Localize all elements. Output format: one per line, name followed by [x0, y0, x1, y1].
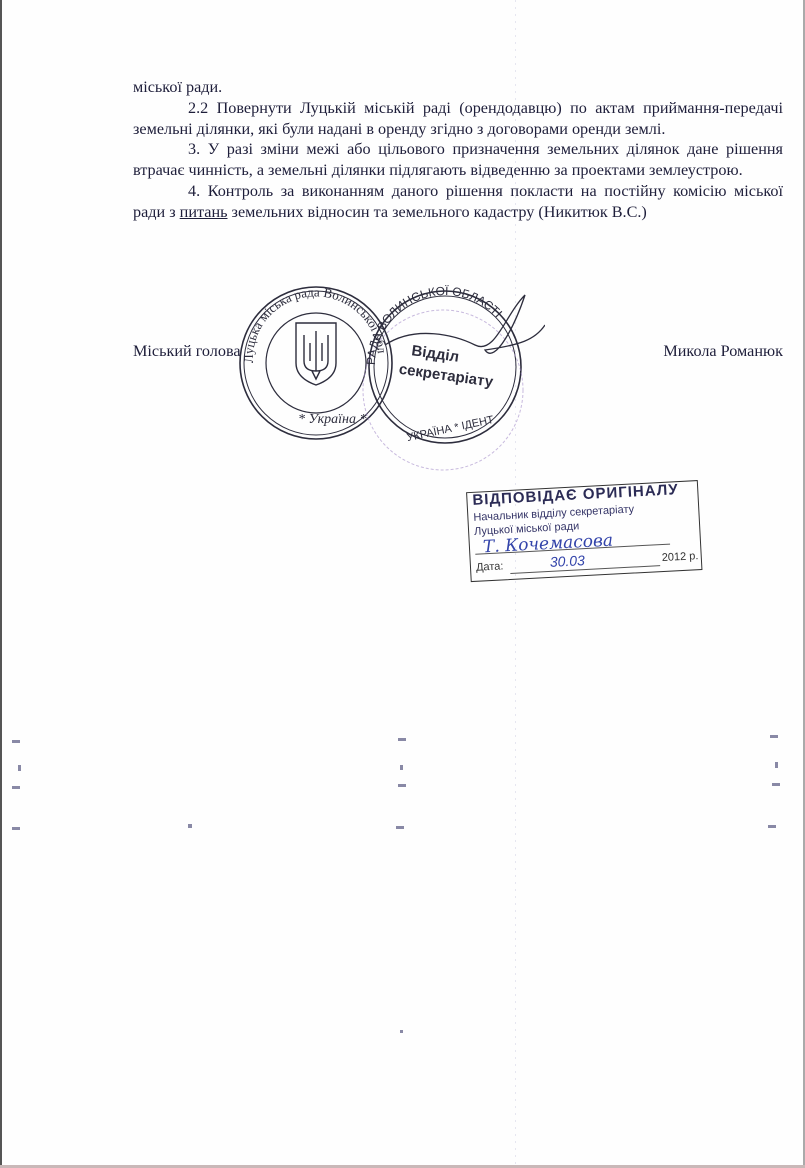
stamp-year: 2012 р. [661, 550, 698, 564]
p4-underlined: питань [180, 203, 228, 221]
paragraph-4: 4. Контроль за виконанням даного рішення… [133, 181, 783, 223]
trident-emblem-icon [296, 323, 336, 385]
paragraph-3: 3. У разі зміни межі або цільового призн… [133, 139, 783, 181]
stamp-date-label: Дата: [476, 560, 504, 573]
stamp-date-value: 30.03 [549, 552, 585, 570]
certification-stamp: ВІДПОВІДАЄ ОРИГІНАЛУ Начальник відділу с… [466, 470, 706, 582]
document-body: міської ради. 2.2 Повернути Луцькій місь… [133, 77, 783, 223]
secretariat-center-2: секретаріату [398, 361, 495, 391]
secretariat-bottom-text: УКРАЇНА * ІДЕНТ [406, 414, 495, 444]
paragraph-continuation: міської ради. [133, 77, 783, 98]
paragraph-2-2: 2.2 Повернути Луцькій міській раді (орен… [133, 98, 783, 140]
p4-after: земельних відносин та земельного кадастр… [228, 203, 647, 221]
signatory-position: Міський голова [133, 342, 241, 361]
signatory-name: Микола Романюк [663, 342, 783, 361]
secretariat-seal: РАДА ВОЛИНСЬКОЇ ОБЛАСТІ Відділ секретарі… [345, 285, 545, 485]
